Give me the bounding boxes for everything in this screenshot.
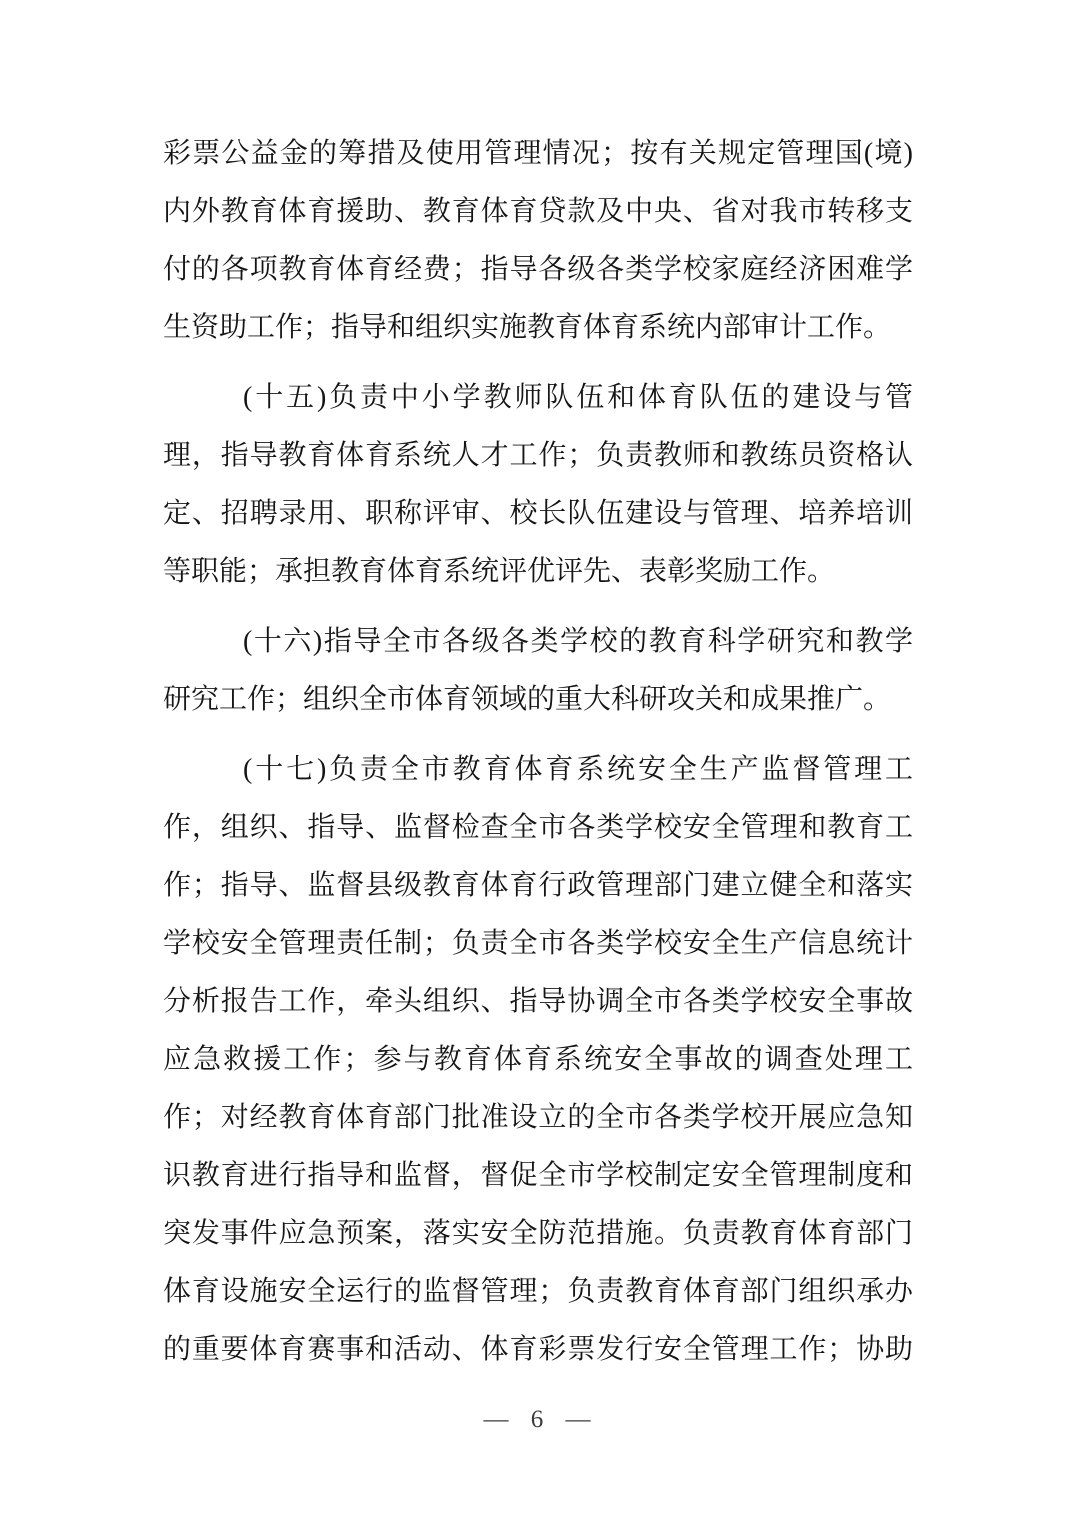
text-line: (十五)负责中小学教师队伍和体育队伍的建设与管 (163, 369, 913, 427)
text-line: 应急救援工作；参与教育体育系统安全事故的调查处理工 (163, 1031, 913, 1089)
page-footer: — 6 — (0, 1402, 1074, 1438)
paragraph-section-16: (十六)指导全市各级各类学校的教育科学研究和教学 研究工作；组织全市体育领域的重… (163, 613, 913, 729)
text-line: 定、招聘录用、职称评审、校长队伍建设与管理、培养培训 (163, 485, 913, 543)
text-line: 作；指导、监督县级教育体育行政管理部门建立健全和落实 (163, 857, 913, 915)
text-line: 分析报告工作，牵头组织、指导协调全市各类学校安全事故 (163, 973, 913, 1031)
text-line: (十六)指导全市各级各类学校的教育科学研究和教学 (163, 613, 913, 671)
text-line: 作；对经教育体育部门批准设立的全市各类学校开展应急知 (163, 1089, 913, 1147)
text-line: 付的各项教育体育经费；指导各级各类学校家庭经济困难学 (163, 241, 913, 299)
text-line: 研究工作；组织全市体育领域的重大科研攻关和成果推广。 (163, 671, 913, 729)
text-line: 突发事件应急预案，落实安全防范措施。负责教育体育部门 (163, 1205, 913, 1263)
text-line: (十七)负责全市教育体育系统安全生产监督管理工 (163, 741, 913, 799)
document-body: 彩票公益金的筹措及使用管理情况；按有关规定管理国(境) 内外教育体育援助、教育体… (163, 125, 913, 1391)
text-line: 彩票公益金的筹措及使用管理情况；按有关规定管理国(境) (163, 125, 913, 183)
text-line: 体育设施安全运行的监督管理；负责教育体育部门组织承办 (163, 1263, 913, 1321)
text-line: 内外教育体育援助、教育体育贷款及中央、省对我市转移支 (163, 183, 913, 241)
text-line: 等职能；承担教育体育系统评优评先、表彰奖励工作。 (163, 543, 913, 601)
text-line: 作，组织、指导、监督检查全市各类学校安全管理和教育工 (163, 799, 913, 857)
text-line: 的重要体育赛事和活动、体育彩票发行安全管理工作；协助 (163, 1321, 913, 1379)
text-line: 识教育进行指导和监督，督促全市学校制定安全管理制度和 (163, 1147, 913, 1205)
document-page: 彩票公益金的筹措及使用管理情况；按有关规定管理国(境) 内外教育体育援助、教育体… (0, 0, 1074, 1520)
paragraph-section-15: (十五)负责中小学教师队伍和体育队伍的建设与管 理，指导教育体育系统人才工作；负… (163, 369, 913, 601)
text-line: 学校安全管理责任制；负责全市各类学校安全生产信息统计 (163, 915, 913, 973)
page-number: — 6 — (484, 1406, 591, 1433)
paragraph-continuation: 彩票公益金的筹措及使用管理情况；按有关规定管理国(境) 内外教育体育援助、教育体… (163, 125, 913, 357)
text-line: 生资助工作；指导和组织实施教育体育系统内部审计工作。 (163, 299, 913, 357)
text-line: 理，指导教育体育系统人才工作；负责教师和教练员资格认 (163, 427, 913, 485)
paragraph-section-17: (十七)负责全市教育体育系统安全生产监督管理工 作，组织、指导、监督检查全市各类… (163, 741, 913, 1379)
